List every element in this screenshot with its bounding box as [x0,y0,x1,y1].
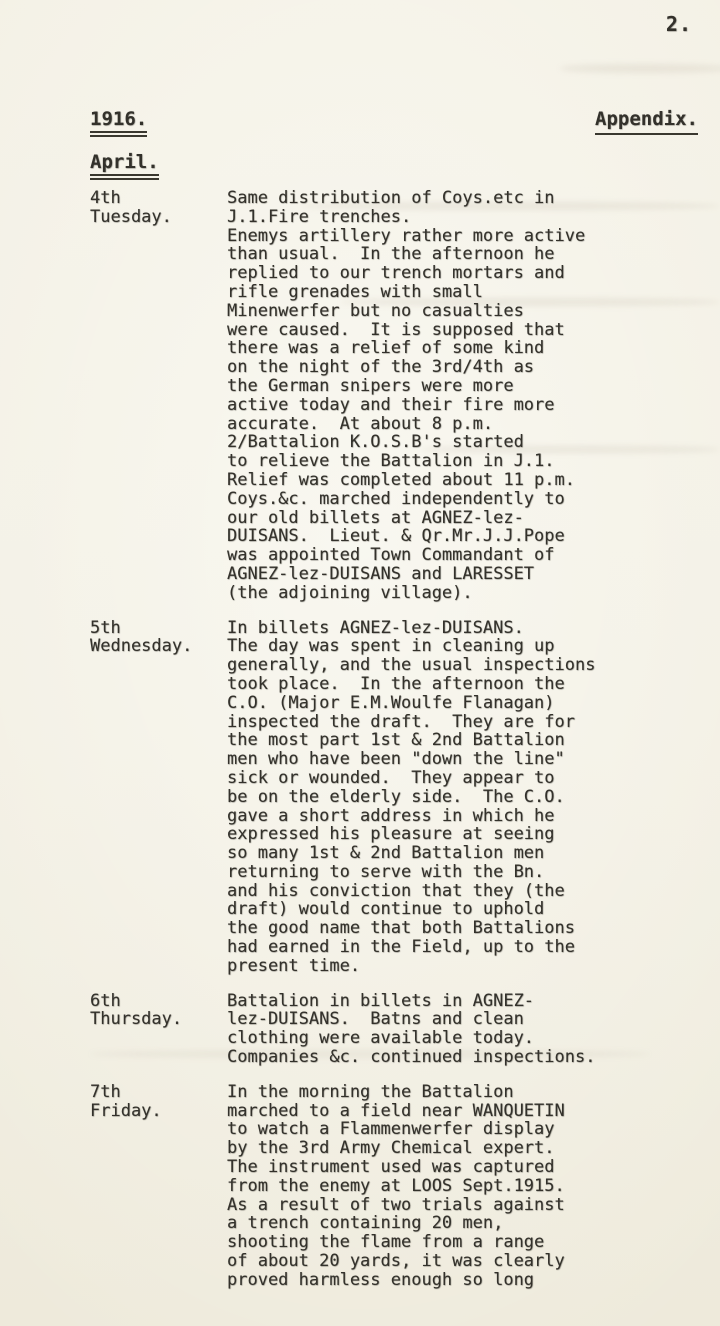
diary-entry: 6th Thursday. Battalion in billets in AG… [0,992,720,1067]
entry-date-column: 6th Thursday. [90,992,227,1067]
entry-day: Friday. [90,1102,227,1121]
document-page: 2. 1916. Appendix. April. 4th Tuesday. S… [0,0,720,1326]
entry-day: Tuesday. [90,208,227,227]
entry-date-column: 4th Tuesday. [90,189,227,603]
year-heading: 1916. [90,110,147,133]
entry-date: 4th [90,189,227,208]
diary-entry: 4th Tuesday. Same distribution of Coys.e… [0,189,720,603]
month-row: April. [90,151,159,180]
scan-smudge [560,64,720,73]
page-number: 2. [666,12,692,36]
entry-text: Same distribution of Coys.etc in J.1.Fir… [227,189,720,603]
entry-day: Wednesday. [90,637,227,656]
page-header: 1916. Appendix. [90,110,698,137]
entry-text: Battalion in billets in AGNEZ- lez-DUISA… [227,992,720,1067]
entry-date: 7th [90,1083,227,1102]
diary-entry: 7th Friday. In the morning the Battalion… [0,1083,720,1290]
month-heading: April. [90,153,159,176]
entry-day: Thursday. [90,1010,227,1029]
entry-date: 5th [90,619,227,638]
entry-date: 6th [90,992,227,1011]
diary-entry: 5th Wednesday. In billets AGNEZ-lez-DUIS… [0,619,720,976]
entry-date-column: 5th Wednesday. [90,619,227,976]
diary-entries: 4th Tuesday. Same distribution of Coys.e… [0,189,720,1306]
entry-text: In the morning the Battalion marched to … [227,1083,720,1290]
entry-date-column: 7th Friday. [90,1083,227,1290]
appendix-heading: Appendix. [595,110,698,135]
entry-text: In billets AGNEZ-lez-DUISANS. The day wa… [227,619,720,976]
